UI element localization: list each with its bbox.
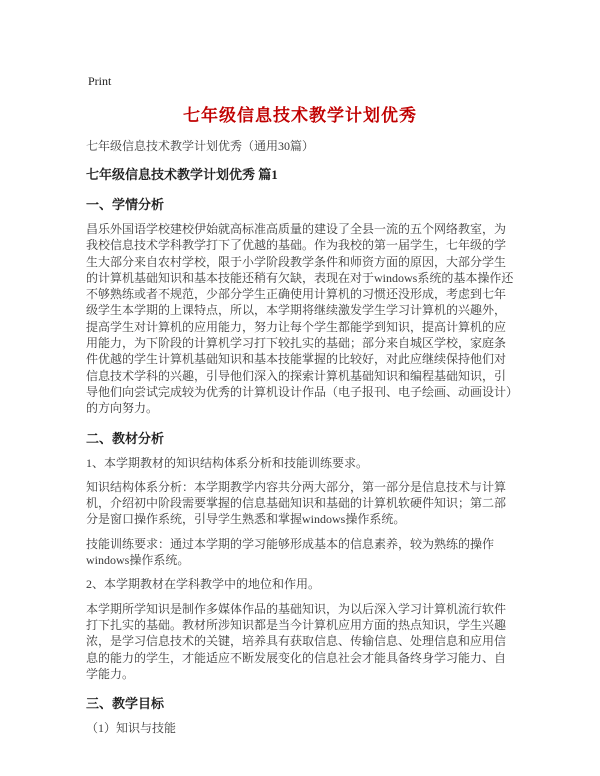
section-heading-jiaocai-fenxi: 二、教材分析 bbox=[86, 430, 514, 447]
section-heading-xueqing-fenxi: 一、学情分析 bbox=[86, 196, 514, 213]
subtitle: 七年级信息技术教学计划优秀（通用30篇） bbox=[86, 138, 514, 154]
page-title: 七年级信息技术教学计划优秀 bbox=[86, 104, 514, 128]
paragraph-xueqing-body: 昌乐外国语学校建校伊始就高标准高质量的建设了全县一流的五个网络教室，为我校信息技… bbox=[86, 221, 514, 417]
article-heading: 七年级信息技术教学计划优秀 篇1 bbox=[86, 167, 514, 183]
section-heading-jiaoxue-mubiao: 三、教学目标 bbox=[86, 695, 514, 712]
paragraph-zhishi-yu-jineng: （1）知识与技能 bbox=[86, 720, 514, 736]
paragraph-jiaocai-item2: 2、本学期教材在学科教学中的地位和作用。 bbox=[86, 576, 514, 592]
document-page: Print 七年级信息技术教学计划优秀 七年级信息技术教学计划优秀（通用30篇）… bbox=[0, 0, 600, 776]
print-button[interactable]: Print bbox=[88, 74, 111, 88]
paragraph-jineng-xunlian: 技能训练要求：通过本学期的学习能够形成基本的信息素养，较为熟练的操作window… bbox=[86, 536, 514, 569]
paragraph-zhishi-jiegou: 知识结构体系分析：本学期教学内容共分两大部分，第一部分是信息技术与计算机，介绍初… bbox=[86, 479, 514, 528]
paragraph-jiaocai-body: 本学期所学知识是制作多媒体作品的基础知识，为以后深入学习计算机流行软件打下扎实的… bbox=[86, 601, 514, 682]
paragraph-jiaocai-item1: 1、本学期教材的知识结构体系分析和技能训练要求。 bbox=[86, 455, 514, 471]
